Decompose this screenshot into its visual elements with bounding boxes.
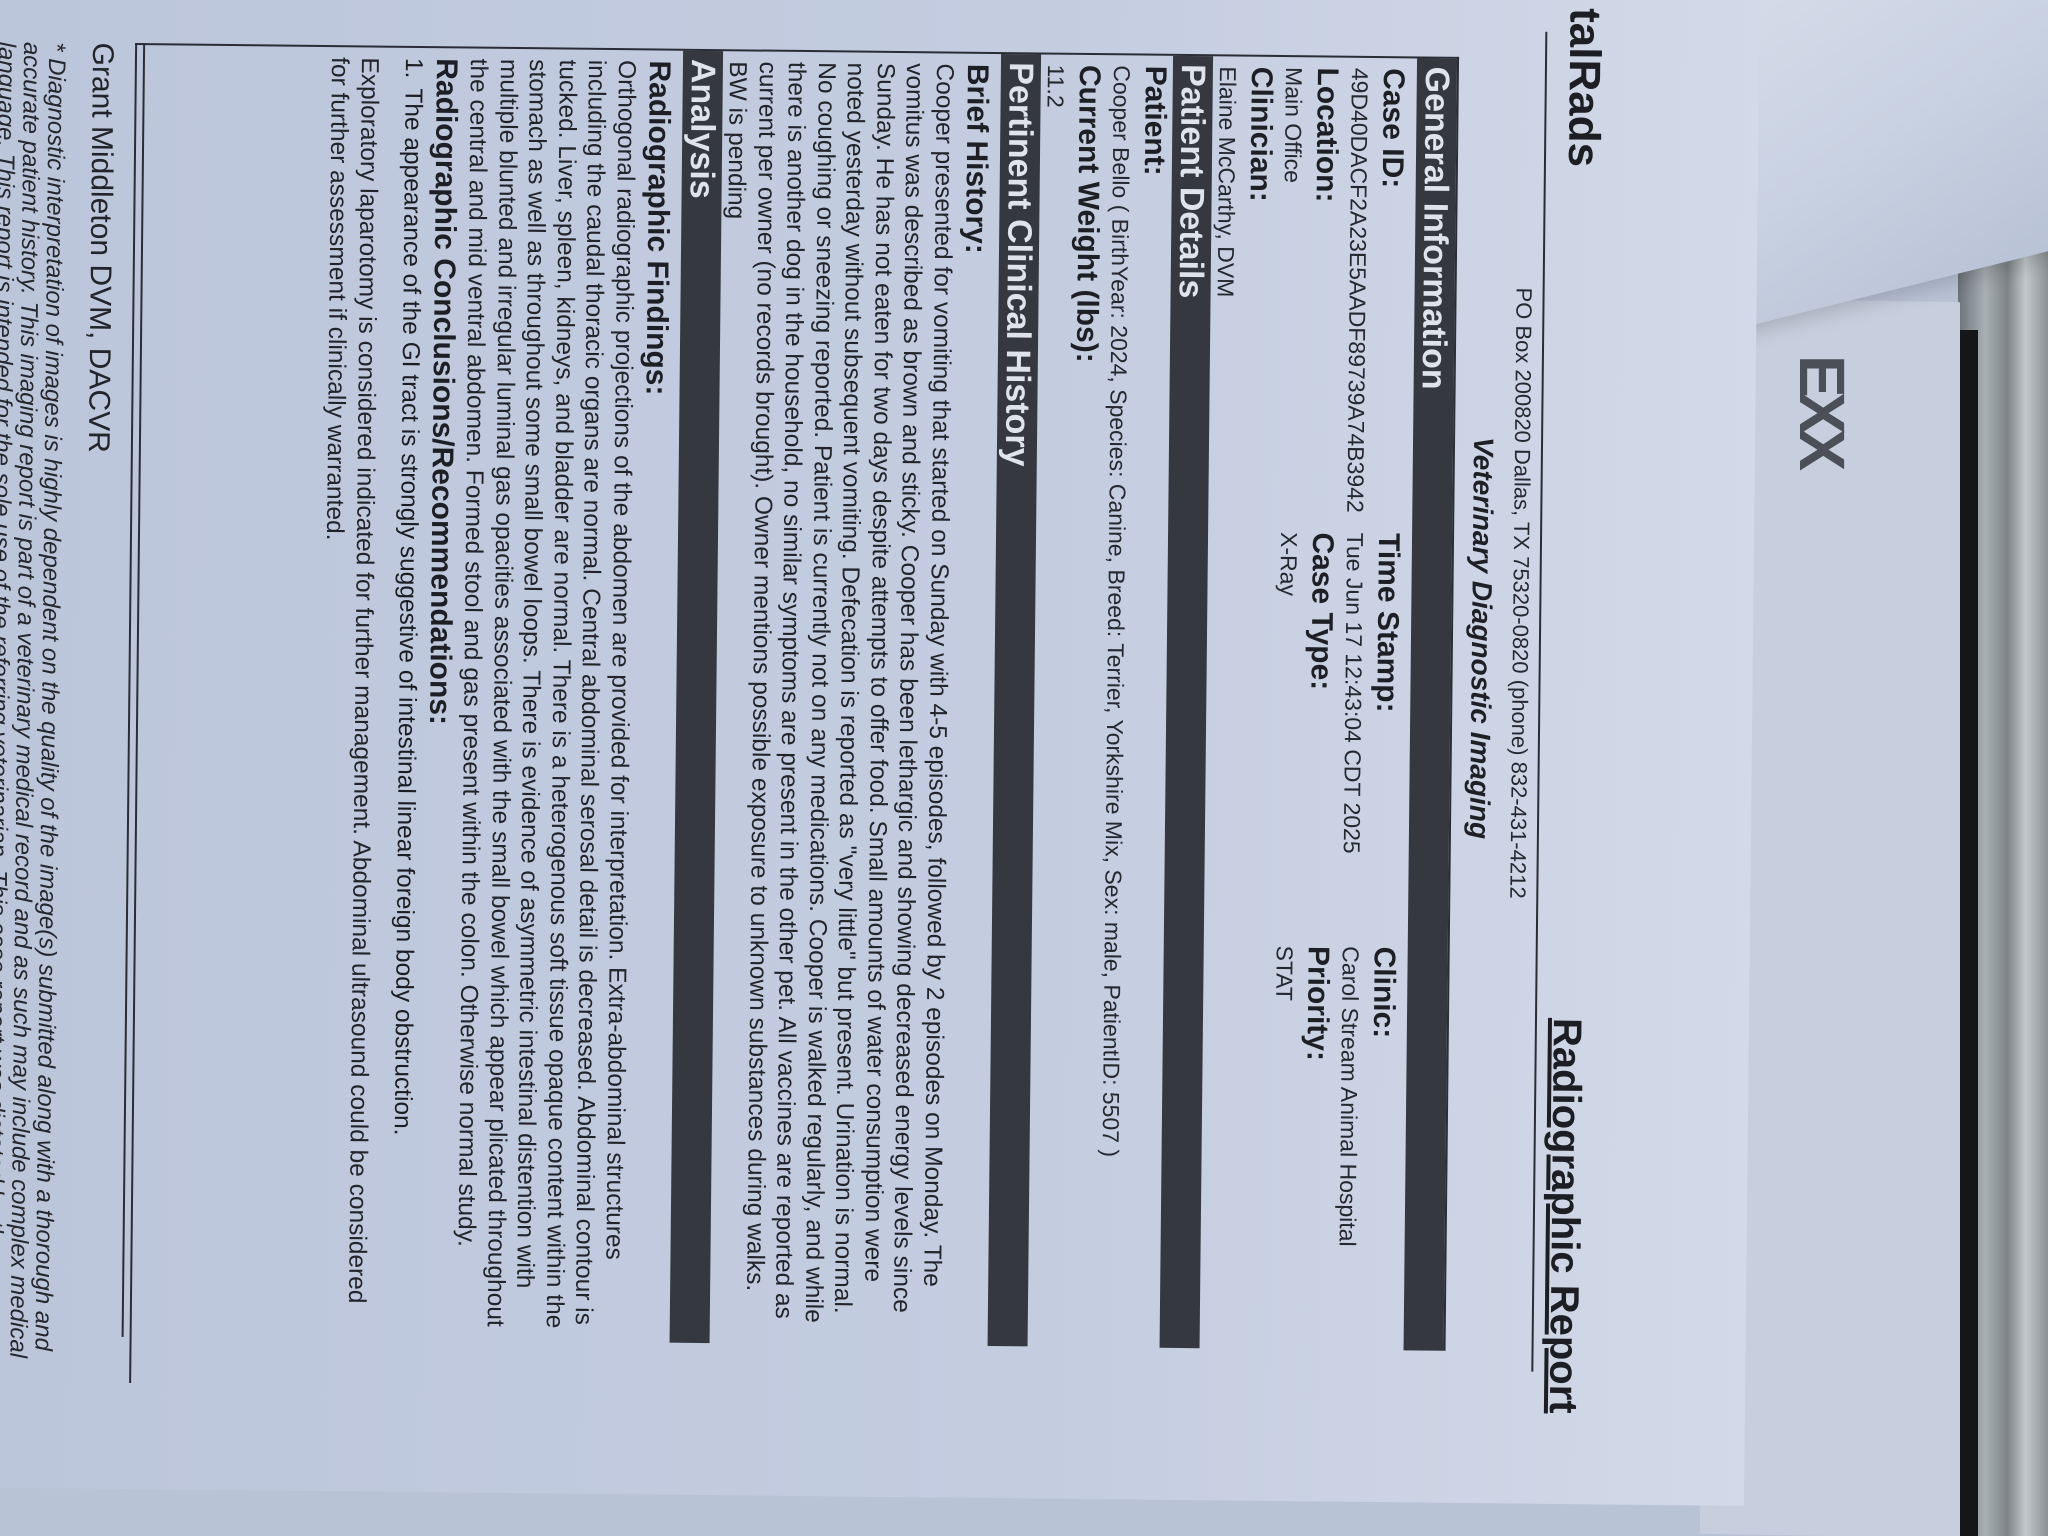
clinician-value: Elaine McCarthy, DVM: [1208, 66, 1243, 511]
case-type-label: Case Type:: [1300, 532, 1340, 926]
clinical-history-section: Brief History: Cooper presented for vomi…: [710, 51, 1002, 1346]
general-information-grid: Case ID: 49D40DACF2A23E5AADF89739A74B394…: [1200, 56, 1418, 1350]
clinic-label: Clinic:: [1362, 946, 1402, 1340]
time-stamp-value: Tue Jun 17 12:43:04 CDT 2025: [1336, 533, 1370, 927]
clinician-label: Clinician:: [1238, 67, 1279, 512]
case-type-value: X-Ray: [1270, 532, 1304, 926]
location-label: Location:: [1304, 67, 1345, 512]
disclaimer-text: * Diagnostic interpretation of images is…: [0, 41, 69, 1362]
conclusion-number: 1.: [398, 58, 428, 79]
report-subtitle: Veterinary Diagnostic Imaging: [1463, 437, 1499, 839]
clinic-address: PO Box 200820 Dallas, TX 75320-0820 (pho…: [1504, 287, 1536, 898]
report-title: Radiographic Report: [1540, 1018, 1589, 1414]
priority-value: STAT: [1266, 945, 1300, 1339]
patient-details-section: Patient: Cooper Bello ( BirthYear: 2024,…: [1028, 54, 1174, 1347]
location-value: Main Office: [1274, 67, 1309, 512]
case-id-value: 49D40DACF2A23E5AADF89739A74B3942: [1340, 68, 1375, 513]
radiographic-report-page: talRads Radiographic Report PO Box 20082…: [0, 0, 1760, 1506]
radiologist-signature: Grant Middleton DVM, DACVR: [81, 42, 119, 452]
time-stamp-label: Time Stamp:: [1366, 533, 1406, 927]
findings-text: Orthogonal radiographic projections of t…: [451, 58, 641, 1332]
report-body: General Information Case ID: 49D40DACF2A…: [122, 43, 1459, 1351]
clinic-value: Carol Stream Animal Hospital: [1332, 946, 1366, 1340]
priority-label: Priority:: [1296, 946, 1336, 1340]
case-id-label: Case ID:: [1370, 68, 1411, 513]
analysis-section: Radiographic Findings: Orthogonal radiog…: [312, 47, 684, 1343]
brief-history-text: Cooper presented for vomiting that start…: [710, 61, 959, 1335]
disclaimer: * Diagnostic interpretation of images is…: [0, 40, 69, 1362]
brand-logo-text: talRads: [1558, 8, 1610, 167]
